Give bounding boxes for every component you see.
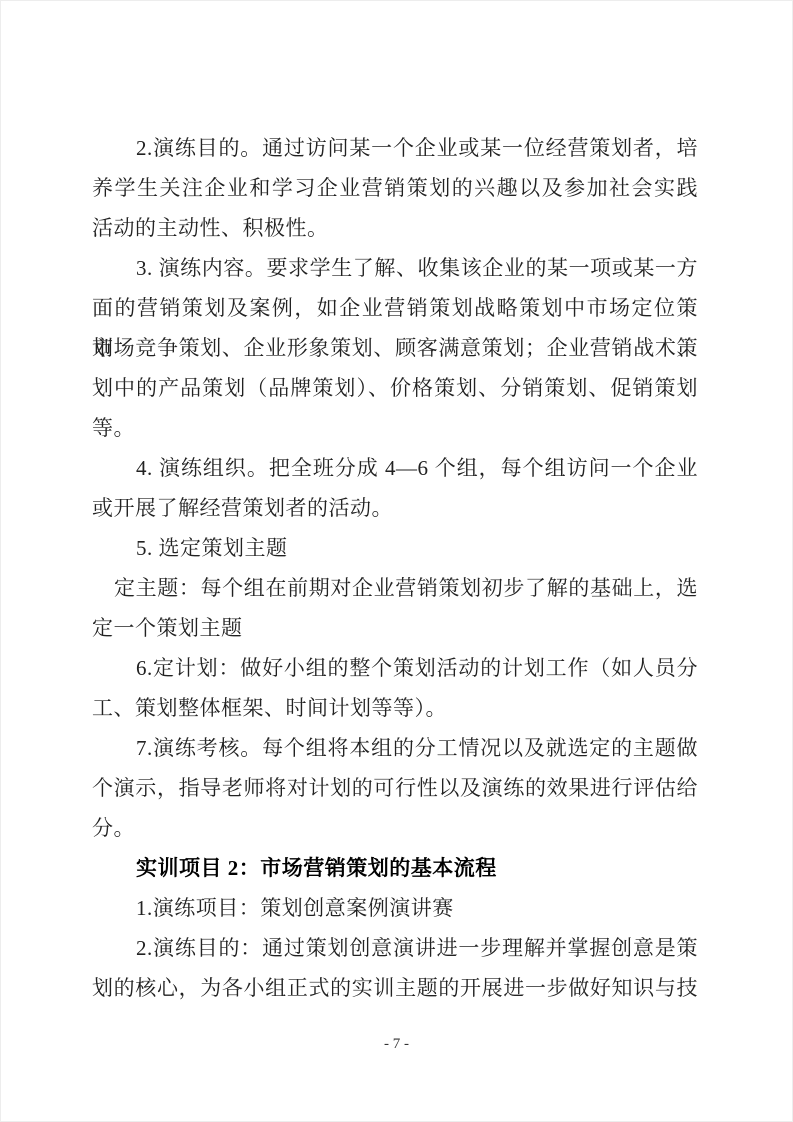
text-line: 市场竞争策划、企业形象策划、顾客满意策划；企业营销战术策: [92, 328, 698, 368]
text-line: 3. 演练内容。要求学生了解、收集该企业的某一项或某一方: [92, 248, 698, 288]
text-line: 面的营销策划及案例，如企业营销策划战略策划中市场定位策划、: [92, 288, 698, 328]
text-line: 2.演练目的。通过访问某一个企业或某一位经营策划者，培: [92, 128, 698, 168]
text-line: 2.演练目的：通过策划创意演讲进一步理解并掌握创意是策: [92, 928, 698, 968]
text-line: 6.定计划：做好小组的整个策划活动的计划工作（如人员分: [92, 648, 698, 688]
text-line: 工、策划整体框架、时间计划等等）。: [92, 688, 698, 728]
text-line: 定一个策划主题: [92, 608, 698, 648]
text-line: 定主题：每个组在前期对企业营销策划初步了解的基础上，选: [92, 568, 698, 608]
text-line: 划中的产品策划（品牌策划）、价格策划、分销策划、促销策划: [92, 368, 698, 408]
document-page: 2.演练目的。通过访问某一个企业或某一位经营策划者，培 养学生关注企业和学习企业…: [0, 0, 793, 1122]
text-line: 活动的主动性、积极性。: [92, 208, 698, 248]
text-line: 等。: [92, 408, 698, 448]
page-number: - 7 -: [0, 1036, 793, 1053]
text-line: 或开展了解经营策划者的活动。: [92, 488, 698, 528]
text-line: 个演示，指导老师将对计划的可行性以及演练的效果进行评估给: [92, 768, 698, 808]
text-line: 7.演练考核。每个组将本组的分工情况以及就选定的主题做: [92, 728, 698, 768]
text-line: 4. 演练组织。把全班分成 4—6 个组，每个组访问一个企业: [92, 448, 698, 488]
section-heading: 实训项目 2：市场营销策划的基本流程: [92, 848, 698, 888]
text-line: 分。: [92, 808, 698, 848]
text-line: 划的核心，为各小组正式的实训主题的开展进一步做好知识与技: [92, 968, 698, 1008]
document-text-block: 2.演练目的。通过访问某一个企业或某一位经营策划者，培 养学生关注企业和学习企业…: [92, 128, 698, 1008]
text-line: 1.演练项目：策划创意案例演讲赛: [92, 888, 698, 928]
text-line: 5. 选定策划主题: [92, 528, 698, 568]
text-line: 养学生关注企业和学习企业营销策划的兴趣以及参加社会实践: [92, 168, 698, 208]
